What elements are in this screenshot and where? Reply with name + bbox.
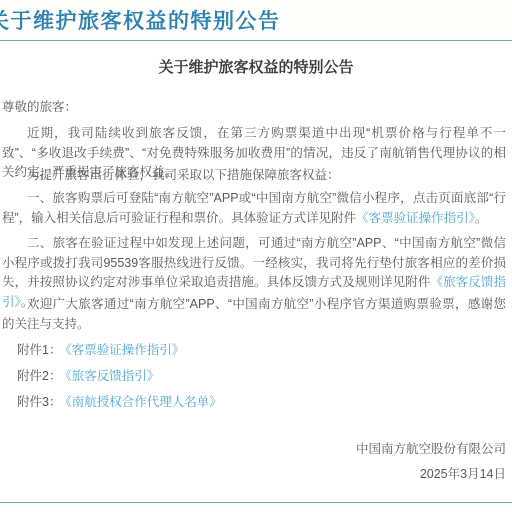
attachment-row-3: 附件3：《南航授权合作代理人名单》 [17,393,222,412]
bottom-divider [0,502,512,503]
attachment-row-2: 附件2：《旅客反馈指引》 [17,367,159,386]
announcement-title: 关于维护旅客权益的特别公告 [0,58,512,78]
salutation: 尊敬的旅客： [2,98,506,118]
attachment-3-label: 附件3： [17,395,61,409]
signature-company: 中国南方航空股份有限公司 [356,439,506,457]
ticket-verification-guide-inline-link[interactable]: 《客票验证操作指引》 [356,211,475,225]
measure-1-period: 。 [475,211,488,225]
paragraph-closing: 欢迎广大旅客通过“南方航空”APP、“中国南方航空”小程序官方渠道购票验票，感谢… [2,295,506,334]
attachment-3-link[interactable]: 《南航授权合作代理人名单》 [65,395,221,409]
attachment-2-label: 附件2： [17,369,61,383]
attachment-2-link[interactable]: 《旅客反馈指引》 [65,369,159,383]
paragraph-measure-1: 一、旅客购票后可登陆“南方航空”APP或“中国南方航空”微信小程序，点击页面底部… [2,189,506,228]
page-header-title: 关于维护旅客权益的特别公告 [0,5,281,35]
announcement-page: 关于维护旅客权益的特别公告 关于维护旅客权益的特别公告 尊敬的旅客： 近期，我司… [0,0,512,512]
attachment-1-link[interactable]: 《客票验证操作指引》 [65,343,184,357]
attachment-1-label: 附件1： [17,343,61,357]
attachment-row-1: 附件1：《客票验证操作指引》 [17,341,184,360]
signature-date: 2025年3月14日 [420,464,506,482]
paragraph-measures-lead: 为提升旅客出行体验，我司采取以下措施保障旅客权益： [2,166,506,186]
